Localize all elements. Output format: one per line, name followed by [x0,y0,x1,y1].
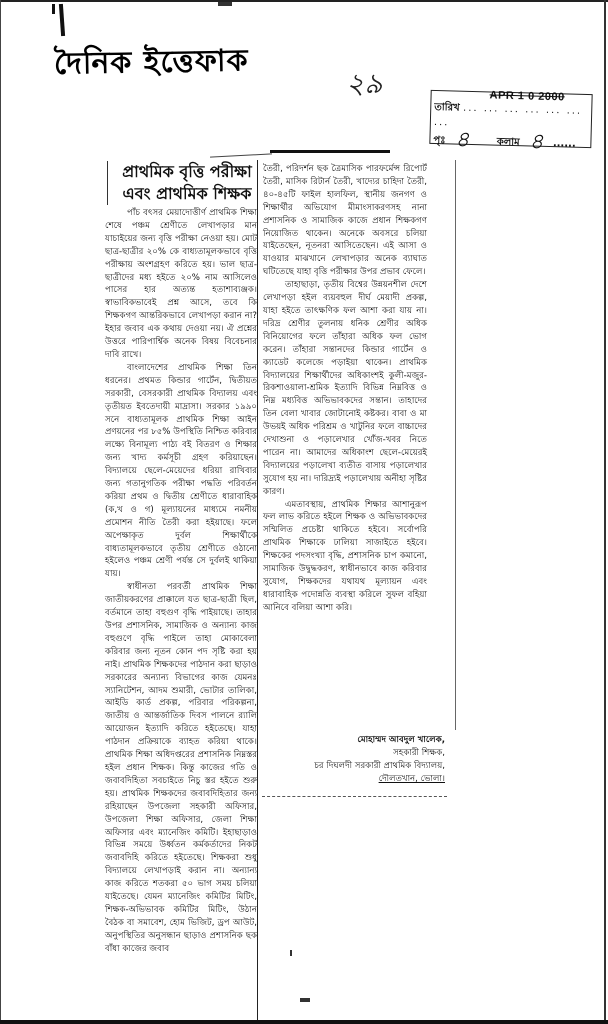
author-school: চর দিঘলদী সরকারী প্রাথমিক বিদ্যালয়, [285,760,445,773]
handwritten-clip-number: ২৯ [346,62,382,109]
article-column-left: পাঁচ বৎসর মেয়াদোত্তীর্ণ প্রাথমিক শিক্ষা… [105,207,257,956]
newspaper-masthead: দৈনিক ইত্তেফাক [54,36,249,90]
page-edge-bottom [0,1020,608,1024]
paragraph: তাহাছাড়া, তৃতীয় বিশ্বের উন্নয়নশীল দেশ… [263,279,427,498]
stamp-date-label: তারিখ [434,102,460,114]
stamp-page-label: পৃঃ [433,135,445,146]
article-column-right: তৈরী, পরিদর্শন ছক ত্রৈমাসিক পারফর্মেন্স … [263,163,427,615]
signature-rule [262,796,447,797]
scan-speck [218,2,232,6]
author-place: দৌলতখান, ভোলা। [285,773,445,786]
stamp-page-row: পৃঃ ৪ কলাম ৪ ...... [433,119,584,160]
archive-date-stamp: APR 1 0 2000 তারিখ ... ... ... ... ... .… [429,90,592,148]
article-top-rule-thin [210,153,272,157]
author-signature: মোহাম্মদ আবদুল খালেক, সহকারী শিক্ষক, চর … [285,734,445,786]
author-name: মোহাম্মদ আবদুল খালেক, [285,734,445,747]
stamp-page-value: ৪ [455,128,470,153]
scan-speck [300,998,310,1002]
stamp-column-value: ৪ [529,129,544,154]
handwritten-tick-mark-small [52,4,55,14]
headline-line-2: এবং প্রাথমিক শিক্ষক [108,183,266,205]
article-top-rule [270,150,390,153]
author-title: সহকারী শিক্ষক, [285,747,445,760]
handwritten-tick-mark [59,4,65,36]
page-edge-right [604,0,606,1024]
stamp-column-label: কলাম [497,137,520,149]
headline-line-1: প্রাথমিক বৃত্তি পরীক্ষা [108,161,266,183]
paragraph: এমতাবস্থায়, প্রাথমিক শিক্ষার আশানুরূপ ফ… [263,499,427,615]
paragraph: স্বাধীনতা পরবর্তী প্রাথমিক শিক্ষা জাতীয়… [105,581,257,955]
stamp-trailing-dots: ...... [553,138,576,150]
paragraph: বাংলাদেশের প্রাথমিক শিক্ষা তিন ধরনের। প্… [105,362,257,581]
column-right-edge [455,160,456,730]
scan-speck [290,950,292,956]
page-edge-top [0,0,608,2]
column-divider [257,160,258,1020]
page-edge-left [0,0,1,1024]
paragraph: পাঁচ বৎসর মেয়াদোত্তীর্ণ প্রাথমিক শিক্ষা… [105,207,257,362]
paragraph: তৈরী, পরিদর্শন ছক ত্রৈমাসিক পারফর্মেন্স … [263,163,427,279]
article-headline: প্রাথমিক বৃত্তি পরীক্ষা এবং প্রাথমিক শিক… [107,161,266,205]
